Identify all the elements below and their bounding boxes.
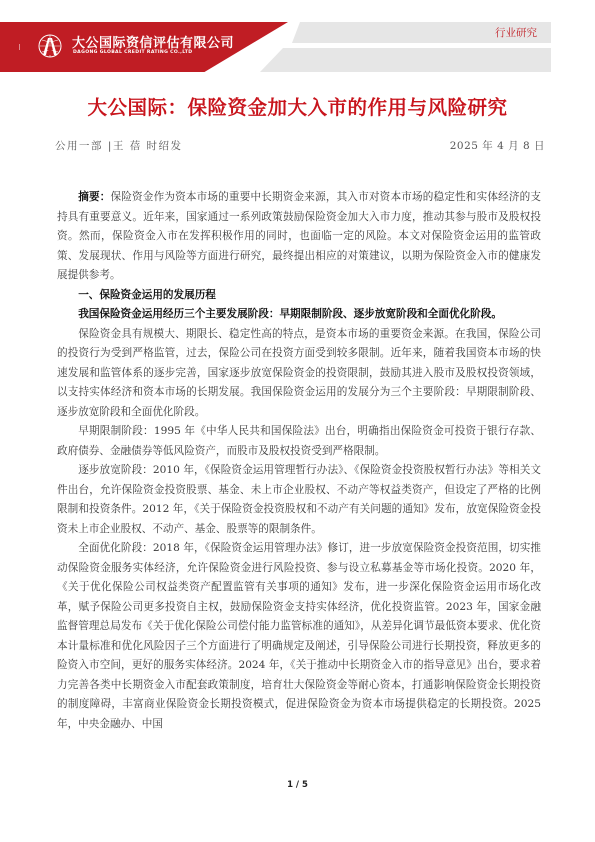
report-category: 行业研究 (495, 25, 537, 40)
page-number: 1 / 5 (0, 780, 595, 790)
body-paragraph: 保险资金具有规模大、期限长、稳定性高的特点，是资本市场的重要资金来源。在我国，保… (57, 325, 541, 423)
company-name-en: DAGONG GLOBAL CREDIT RATING CO.,LTD (73, 50, 192, 55)
body-paragraph: 早期限制阶段：1995 年《中华人民共和国保险法》出台，明确指出保险资金可投资于… (57, 422, 541, 461)
header-tick-mark (19, 44, 20, 50)
abstract-text: 保险资金作为资本市场的重要中长期资金来源，其入市对资本市场的稳定性和实体经济的支… (57, 191, 541, 281)
report-body: 摘要：保险资金作为资本市场的重要中长期资金来源，其入市对资本市场的稳定性和实体经… (57, 188, 541, 734)
section-lead: 我国保险资金运用经历三个主要发展阶段：早期限制阶段、逐步放宽阶段和全面优化阶段。 (57, 305, 541, 325)
body-paragraph: 逐步放宽阶段：2010 年，《保险资金运用管理暂行办法》、《保险资金投资股权暂行… (57, 461, 541, 539)
report-byline: 公用一部 |王 蓓 时绍发 (55, 138, 183, 153)
report-date: 2025 年 4 月 8 日 (450, 138, 545, 153)
dagong-logo-icon (37, 33, 63, 59)
company-name-cn: 大公国际资信评估有限公司 (72, 32, 234, 51)
abstract-label: 摘要： (78, 191, 110, 203)
abstract: 摘要：保险资金作为资本市场的重要中长期资金来源，其入市对资本市场的稳定性和实体经… (57, 188, 541, 286)
section-heading: 一、保险资金运用的发展历程 (57, 286, 541, 306)
report-header: 大公国际资信评估有限公司 DAGONG GLOBAL CREDIT RATING… (0, 0, 595, 80)
body-paragraph: 全面优化阶段：2018 年，《保险资金运用管理办法》修订，进一步放宽保险资金投资… (57, 539, 541, 734)
report-title: 大公国际：保险资金加大入市的作用与风险研究 (0, 92, 595, 120)
